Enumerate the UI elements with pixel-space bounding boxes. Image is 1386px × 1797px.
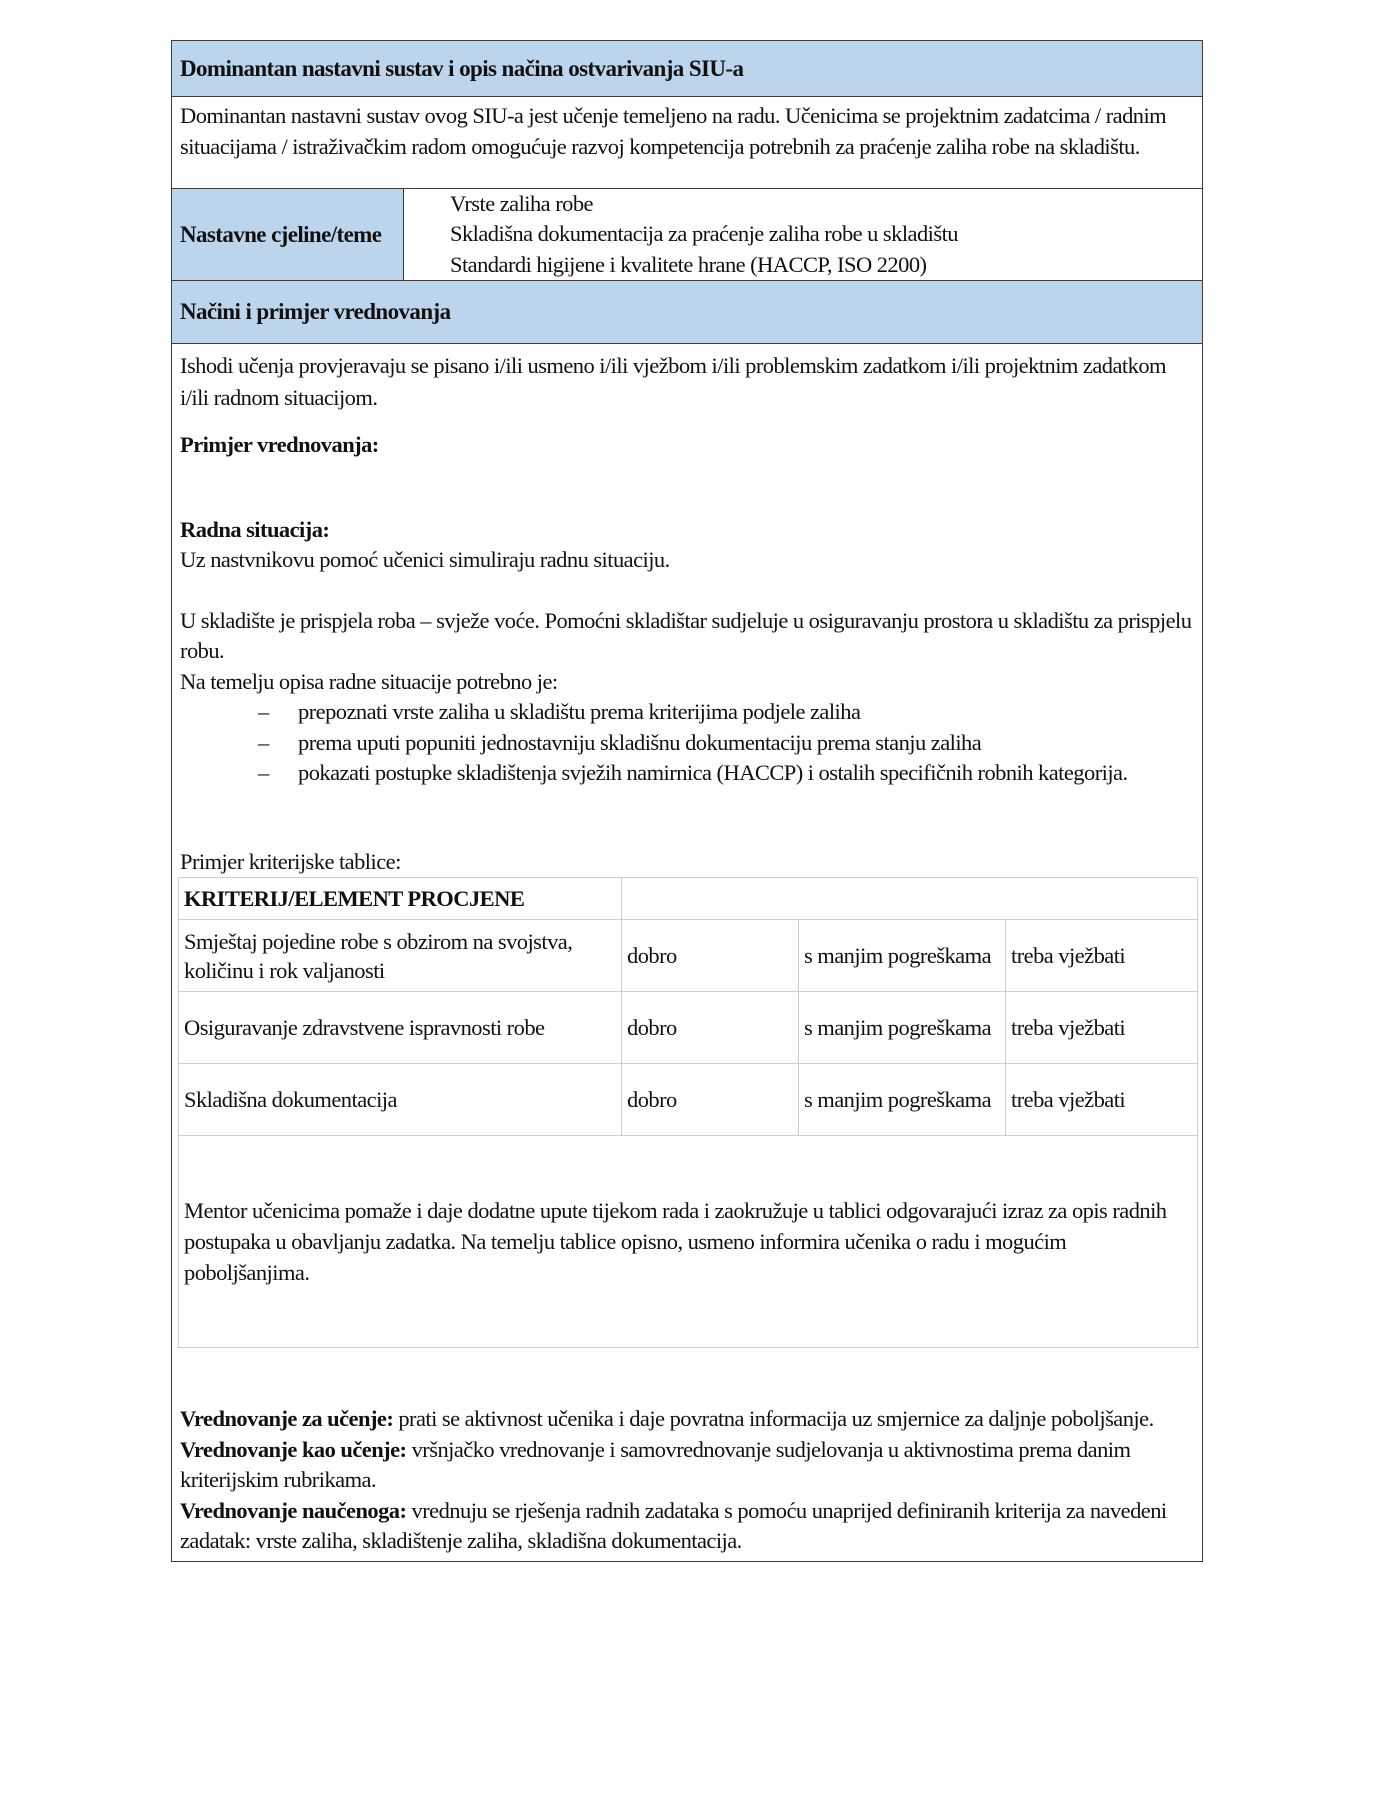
criterion-cell: Osiguravanje zdravstvene ispravnosti rob… [179,992,622,1064]
section-header-evaluation: Načini i primjer vrednovanja [172,281,1202,344]
task-item: –prema uputi popuniti jednostavniju skla… [180,728,1194,759]
topics-list: Vrste zaliha robe Skladišna dokumentacij… [404,189,958,280]
assessment-for-learning: Vrednovanje za učenje: prati se aktivnos… [180,1404,1194,1435]
empty-header-cell [622,878,1198,920]
rating-cell: dobro [622,920,799,992]
table-caption: Primjer kriterijske tablice: [180,847,1194,878]
topics-label: Nastavne cjeline/teme [172,189,404,280]
situation-heading: Radna situacija: [180,515,1194,546]
dash-bullet-icon: – [180,758,298,789]
tasks-list: –prepoznati vrste zaliha u skladištu pre… [180,697,1194,789]
example-heading: Primjer vrednovanja: [180,430,1194,461]
assessment-as-learning: Vrednovanje kao učenje: vršnjačko vredno… [180,1435,1194,1496]
topics-row: Nastavne cjeline/teme Vrste zaliha robe … [172,189,1202,281]
tasks-intro: Na temelju opisa radne situacije potrebn… [180,667,1194,698]
table-row: Osiguravanje zdravstvene ispravnosti rob… [179,992,1198,1064]
topic-item: Vrste zaliha robe [450,189,958,220]
situation-intro: Uz nastvnikovu pomoć učenici simuliraju … [180,545,1194,576]
rating-cell: s manjim pogreškama [799,1064,1006,1136]
task-item: –prepoznati vrste zaliha u skladištu pre… [180,697,1194,728]
rating-cell: dobro [622,992,799,1064]
criteria-table-header: KRITERIJ/ELEMENT PROCJENE [179,878,1198,920]
section-header-teaching-system: Dominantan nastavni sustav i opis načina… [172,41,1202,97]
rating-cell: s manjim pogreškama [799,992,1006,1064]
criterion-cell: Smještaj pojedine robe s obzirom na svoj… [179,920,622,992]
rating-cell: treba vježbati [1006,1064,1198,1136]
dash-bullet-icon: – [180,728,298,759]
table-note-row: Mentor učenicima pomaže i daje dodatne u… [179,1136,1198,1348]
teaching-system-description: Dominantan nastavni sustav ovog SIU-a je… [172,97,1202,189]
task-item: –pokazati postupke skladištenja svježih … [180,758,1194,789]
siu-document: Dominantan nastavni sustav i opis načina… [171,40,1203,1562]
rating-cell: treba vježbati [1006,992,1198,1064]
assessment-of-learning: Vrednovanje naučenoga: vrednuju se rješe… [180,1496,1194,1557]
topic-item: Standardi higijene i kvalitete hrane (HA… [450,250,958,281]
dash-bullet-icon: – [180,697,298,728]
rating-cell: s manjim pogreškama [799,920,1006,992]
criteria-table: KRITERIJ/ELEMENT PROCJENE Smještaj pojed… [178,877,1198,1348]
rating-cell: dobro [622,1064,799,1136]
section-title: Dominantan nastavni sustav i opis načina… [180,56,743,82]
section-title: Načini i primjer vrednovanja [180,299,450,325]
criteria-header-cell: KRITERIJ/ELEMENT PROCJENE [179,878,622,920]
evaluation-intro: Ishodi učenja provjeravaju se pisano i/i… [180,350,1194,414]
criterion-cell: Skladišna dokumentacija [179,1064,622,1136]
mentor-note: Mentor učenicima pomaže i daje dodatne u… [179,1136,1198,1348]
situation-text: U skladište je prispjela roba – svježe v… [180,606,1194,667]
evaluation-body: Ishodi učenja provjeravaju se pisano i/i… [172,344,1202,1561]
rating-cell: treba vježbati [1006,920,1198,992]
table-row: Skladišna dokumentacija dobro s manjim p… [179,1064,1198,1136]
table-row: Smještaj pojedine robe s obzirom na svoj… [179,920,1198,992]
topic-item: Skladišna dokumentacija za praćenje zali… [450,219,958,250]
